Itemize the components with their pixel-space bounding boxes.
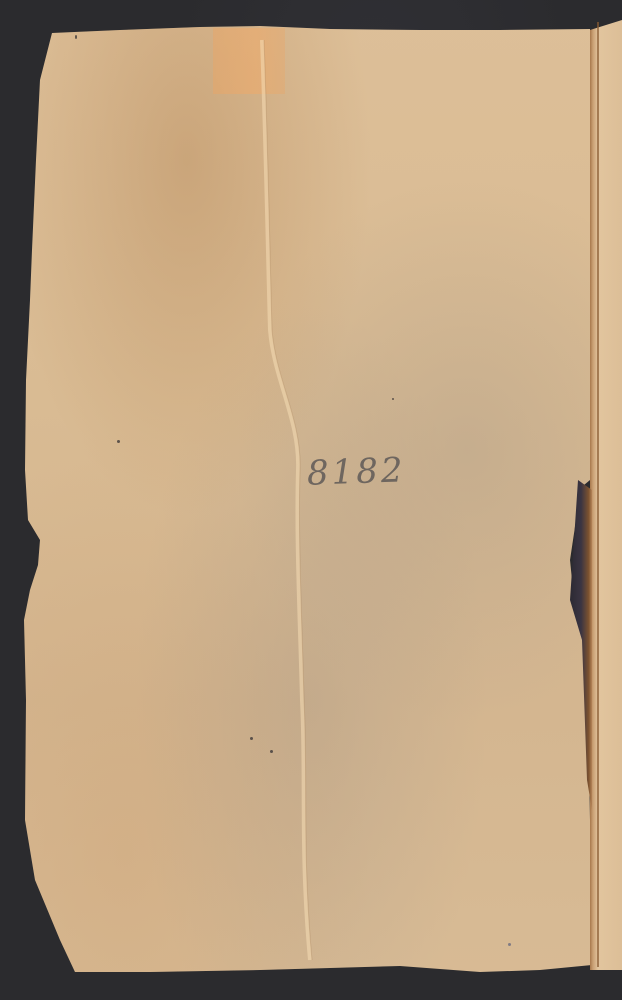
- ink-speck: [392, 398, 394, 400]
- ink-speck: [75, 35, 77, 39]
- ink-speck: [508, 943, 511, 946]
- ink-speck: [117, 440, 120, 443]
- handwritten-shelf-number: 8182: [306, 450, 406, 493]
- ink-speck: [270, 750, 273, 753]
- binding-fold-line: [597, 22, 599, 967]
- manuscript-page: [0, 0, 622, 1000]
- binding-gutter: [590, 20, 622, 970]
- tape-stain: [213, 28, 285, 94]
- ink-speck: [250, 737, 253, 740]
